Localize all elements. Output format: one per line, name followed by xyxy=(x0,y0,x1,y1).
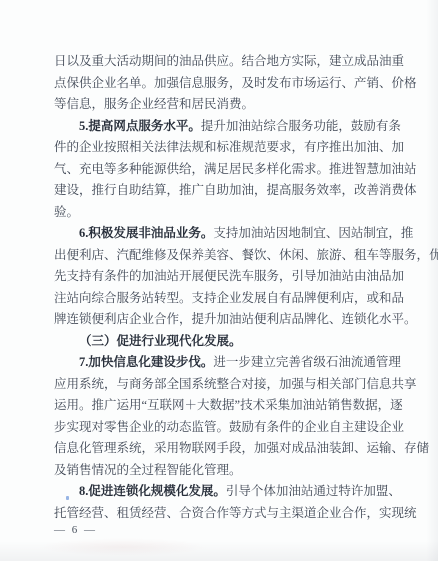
text-line: 注站向综合服务站转型。支持企业发展自有品牌便利店，或和品 xyxy=(54,288,392,310)
text-line-content: 日以及重大活动期间的油品供应。结合地方实际，建立成品油重 xyxy=(54,54,404,68)
text-line: 建设，推行自助结算，推广自助加油，提高服务效率，改善消费体 xyxy=(54,180,392,202)
paragraph-lead: （三）促进行业现代化发展。 xyxy=(79,334,242,348)
text-line-content: 注站向综合服务站转型。支持企业发展自有品牌便利店，或和品 xyxy=(54,291,404,305)
text-line-content: 运用。推广运用“互联网＋大数据”技术采集加油站销售数据，逐 xyxy=(54,398,403,412)
text-line-content: 先支持有条件的加油站开展便民洗车服务，引导加油站由油品加 xyxy=(54,269,404,283)
text-line: 步实现对零售企业的动态监管。鼓励有条件的企业自主建设企业 xyxy=(54,417,392,439)
document-page: 日以及重大活动期间的油品供应。结合地方实际，建立成品油重点保供企业名单。加强信息… xyxy=(0,0,438,561)
text-line-content: 等信息，服务企业经营和居民消费。 xyxy=(54,97,254,111)
scan-smudge xyxy=(38,538,208,556)
text-line: 6.积极发展非油品业务。支持加油站因地制宜、因站制宜，推 xyxy=(54,223,392,245)
page-number: — 6 — xyxy=(54,524,97,537)
text-line-content: 牌连锁便利店企业合作，提升加油站便利店品牌化、连锁化水平。 xyxy=(54,312,417,326)
text-line: 及销售情况的全过程智能化管理。 xyxy=(54,460,392,482)
text-line: 8.促进连锁化规模化发展。引导个体加油站通过特许加盟、 xyxy=(54,481,392,503)
text-line-content: 步实现对零售企业的动态监管。鼓励有条件的企业自主建设企业 xyxy=(54,420,404,434)
text-line: 气、充电等多种能源供给，满足居民多样化需求。推进智慧加油站 xyxy=(54,159,392,181)
text-line: （三）促进行业现代化发展。 xyxy=(54,331,392,353)
text-line-content: 托管经营、租赁经营、合资合作等方式与主渠道企业合作，实现统 xyxy=(54,506,417,520)
text-line-content: 出便利店、汽配维修及保养美容、餐饮、休闲、旅游、租车等服务，优 xyxy=(54,248,438,262)
text-line-content: 8.促进连锁化规模化发展。引导个体加油站通过特许加盟、 xyxy=(79,484,401,498)
text-line-content: 5.提高网点服务水平。提升加油站综合服务功能，鼓励有条 xyxy=(79,119,401,133)
text-line-content: 建设，推行自助结算，推广自助加油，提高服务效率，改善消费体 xyxy=(54,183,417,197)
scan-edge-right-shadow xyxy=(426,0,438,561)
text-line-content: 点保供企业名单。加强信息服务，及时发布市场运行、产销、价格 xyxy=(54,76,417,90)
text-line: 先支持有条件的加油站开展便民洗车服务，引导加油站由油品加 xyxy=(54,266,392,288)
text-line: 等信息，服务企业经营和居民消费。 xyxy=(54,94,392,116)
text-line-content: 气、充电等多种能源供给，满足居民多样化需求。推进智慧加油站 xyxy=(54,162,417,176)
text-line-content: 应用系统，与商务部全国系统整合对接，加强与相关部门信息共享 xyxy=(54,377,417,391)
text-line: 5.提高网点服务水平。提升加油站综合服务功能，鼓励有条 xyxy=(54,116,392,138)
text-line: 牌连锁便利店企业合作，提升加油站便利店品牌化、连锁化水平。 xyxy=(54,309,392,331)
text-line-content: 信息化管理系统，采用物联网手段，加强对成品油装卸、运输、存储 xyxy=(54,441,429,455)
paragraph-lead: 8.促进连锁化规模化发展。 xyxy=(79,484,226,498)
text-line: 托管经营、租赁经营、合资合作等方式与主渠道企业合作，实现统 xyxy=(54,503,392,525)
text-line-content: 及销售情况的全过程智能化管理。 xyxy=(54,463,242,477)
text-line: 验。 xyxy=(54,202,392,224)
text-line-content: 件的企业按照相关法律法规和标准规范要求，有序推出加油、加 xyxy=(54,140,404,154)
text-line: 运用。推广运用“互联网＋大数据”技术采集加油站销售数据，逐 xyxy=(54,395,392,417)
text-line: 信息化管理系统，采用物联网手段，加强对成品油装卸、运输、存储 xyxy=(54,438,392,460)
text-line: 7.加快信息化建设步伐。进一步建立完善省级石油流通管理 xyxy=(54,352,392,374)
text-line-content: 6.积极发展非油品业务。支持加油站因地制宜、因站制宜，推 xyxy=(79,226,413,240)
text-line: 件的企业按照相关法律法规和标准规范要求，有序推出加油、加 xyxy=(54,137,392,159)
scan-bottom-shadow xyxy=(0,541,438,561)
text-line: 点保供企业名单。加强信息服务，及时发布市场运行、产销、价格 xyxy=(54,73,392,95)
document-body: 日以及重大活动期间的油品供应。结合地方实际，建立成品油重点保供企业名单。加强信息… xyxy=(54,51,392,524)
paragraph-lead: 7.加快信息化建设步伐。 xyxy=(79,355,213,369)
text-line: 日以及重大活动期间的油品供应。结合地方实际，建立成品油重 xyxy=(54,51,392,73)
text-line: 应用系统，与商务部全国系统整合对接，加强与相关部门信息共享 xyxy=(54,374,392,396)
text-line-content: （三）促进行业现代化发展。 xyxy=(79,334,242,348)
paragraph-lead: 6.积极发展非油品业务。 xyxy=(79,226,213,240)
text-line-content: 7.加快信息化建设步伐。进一步建立完善省级石油流通管理 xyxy=(79,355,401,369)
paragraph-lead: 5.提高网点服务水平。 xyxy=(79,119,201,133)
text-line-content: 验。 xyxy=(54,205,79,219)
text-line: 出便利店、汽配维修及保养美容、餐饮、休闲、旅游、租车等服务，优 xyxy=(54,245,392,267)
